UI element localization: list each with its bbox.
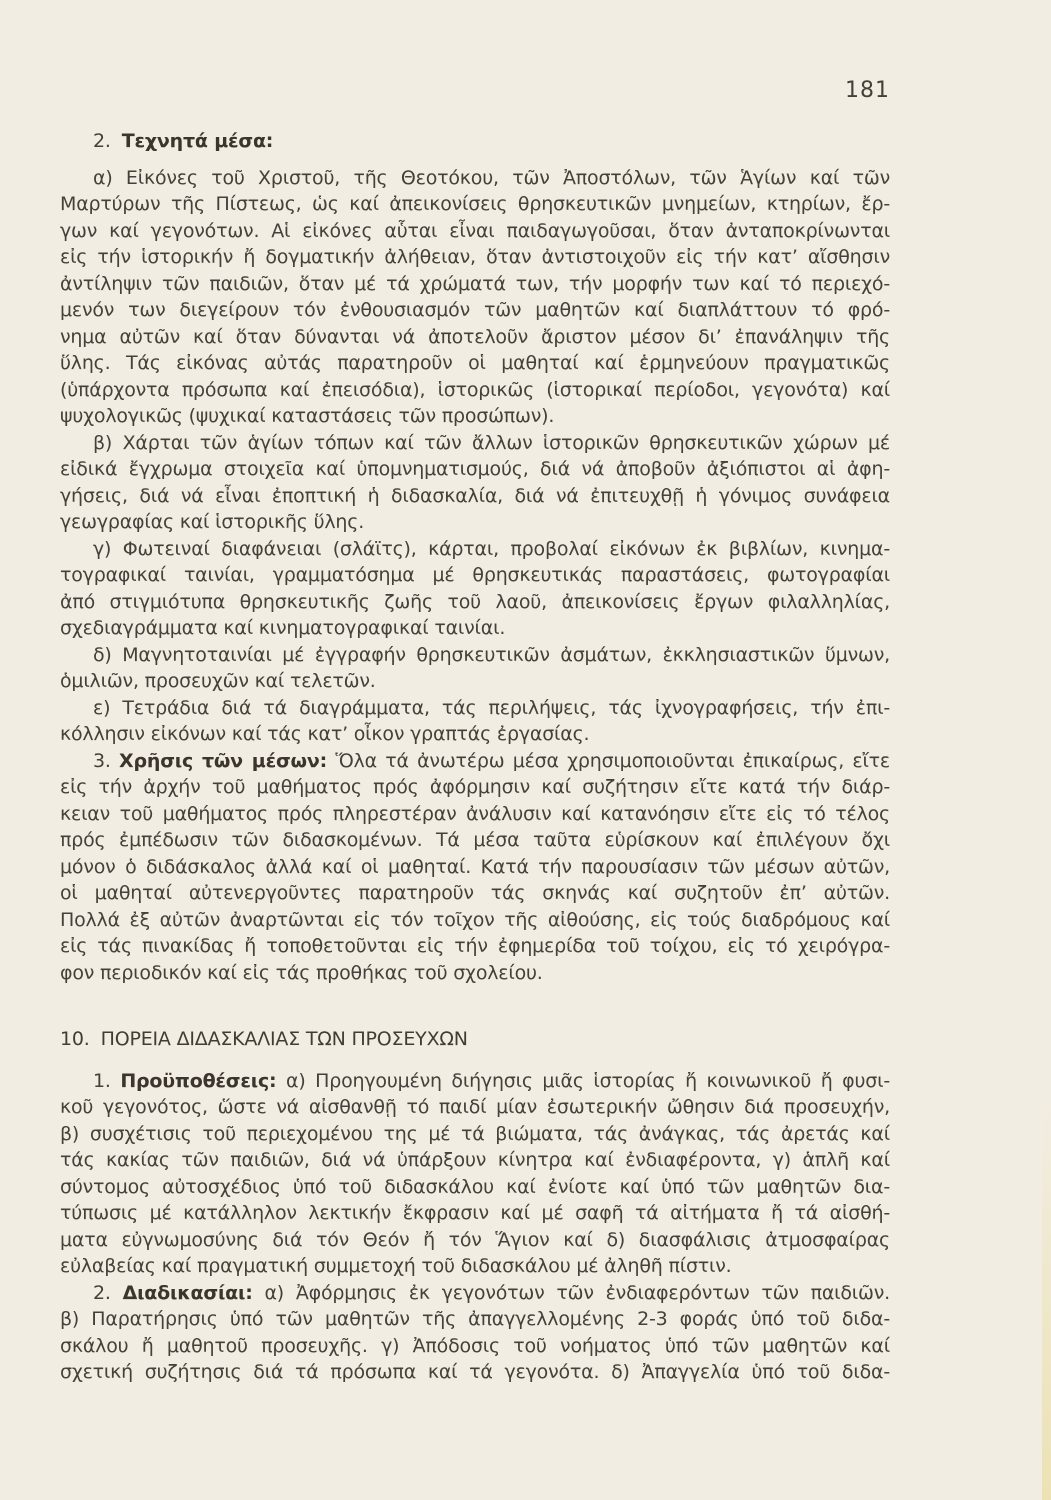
text-line: οἱ μαθηταί αὐτενεργοῦντες παρατηροῦν τάς… [60,880,890,907]
text-segment: β) συσχέτισις τοῦ περιεχομένου της μέ τά… [60,1123,890,1145]
bold-text-segment: Χρῆσις τῶν μέσων: [119,750,327,772]
text-line: εὐλαβείας καί πραγματική συμμετοχή τοῦ δ… [60,1253,890,1280]
text-segment: μόνον ὁ διδάσκαλος ἀλλά καί οἱ μαθηταί. … [60,856,890,878]
text-segment: ἀπό στιγμιότυπα θρησκευτικῆς ζωῆς τοῦ λα… [60,591,890,613]
text-line: φον περιοδικόν καί εἰς τάς προθήκας τοῦ … [60,960,890,987]
text-segment: σχεδιαγράμματα καί κινηματογραφικαί ταιν… [60,617,505,639]
paragraph: γ) Φωτειναί διαφάνειαι (σλάϊτς), κάρται,… [60,536,890,642]
text-segment: Ὅλα τά ἀνωτέρω μέσα χρησιμοποιοῦνται ἐπι… [327,750,890,772]
scan-edge-tint [1042,1100,1051,1500]
text-segment: εὐλαβείας καί πραγματική συμμετοχή τοῦ δ… [60,1255,732,1277]
text-segment: εἰς τήν ἀρχήν τοῦ μαθήματος πρός ἀφόρμησ… [60,776,890,798]
text-line: μενόν των διεγείρουν τόν ἐνθουσιασμόν τῶ… [60,297,890,324]
text-segment: 2. [93,130,111,152]
text-segment: γ) Φωτειναί διαφάνειαι (σλάϊτς), κάρται,… [93,538,890,560]
text-segment: νημα αὐτῶν καί ὅταν δύνανται νά ἀποτελοῦ… [60,326,890,348]
text-segment: τογραφικαί ταινίαι, γραμματόσημα μέ θρησ… [60,564,890,586]
text-segment: εἰδικά ἔγχρωμα στοιχεῖα καί ὑπομνηματισμ… [60,458,890,480]
text-line: εἰς τήν ἱστορικήν ἤ δογματικήν ἀλήθειαν,… [60,244,890,271]
paragraph: β) Χάρται τῶν ἁγίων τόπων καί τῶν ἄλλων … [60,430,890,536]
text-line: τάς κακίας τῶν παιδιῶν, διά νά ὑπάρξουν … [60,1147,890,1174]
text-segment: ἀντίληψιν τῶν παιδιῶν, ὅταν μέ τά χρώματ… [60,273,890,295]
text-segment: ψυχολογικῶς (ψυχικαί καταστάσεις τῶν προ… [60,405,554,427]
text-line: νημα αὐτῶν καί ὅταν δύνανται νά ἀποτελοῦ… [60,324,890,351]
paragraph: 2. Διαδικασίαι: α) Ἀφόρμησις ἐκ γεγονότω… [60,1280,890,1386]
text-segment: α) Προηγουμένη διήγησις μιᾶς ἱστορίας ἤ … [276,1070,890,1092]
text-line: ματα εὐγνωμοσύνης διά τόν Θεόν ἤ τόν Ἅγι… [60,1227,890,1254]
text-segment: οἱ μαθηταί αὐτενεργοῦντες παρατηροῦν τάς… [60,882,890,904]
text-segment: 1. [93,1070,120,1092]
text-segment: ε) Τετράδια διά τά διαγράμματα, τάς περι… [93,697,890,719]
text-line: ἀντίληψιν τῶν παιδιῶν, ὅταν μέ τά χρώματ… [60,271,890,298]
text-line: ἀπό στιγμιότυπα θρησκευτικῆς ζωῆς τοῦ λα… [60,589,890,616]
text-segment: ματα εὐγνωμοσύνης διά τόν Θεόν ἤ τόν Ἅγι… [60,1229,890,1251]
bold-text-segment: Διαδικασίαι: [123,1282,253,1304]
text-segment: Πολλά ἐξ αὐτῶν ἀναρτῶνται εἰς τόν τοῖχον… [60,909,890,931]
text-segment: τάς κακίας τῶν παιδιῶν, διά νά ὑπάρξουν … [60,1149,890,1171]
text-line: ὁμιλιῶν, προσευχῶν καί τελετῶν. [60,668,890,695]
text-line: γ) Φωτειναί διαφάνειαι (σλάϊτς), κάρται,… [60,536,890,563]
text-segment: (ὑπάρχοντα πρόσωπα καί ἐπεισόδια), ἱστορ… [60,379,890,401]
text-line: 2.Τεχνητά μέσα: [60,128,890,155]
text-line: γων καί γεγονότων. Αἱ εἰκόνες αὗται εἶνα… [60,218,890,245]
document-body: 2.Τεχνητά μέσα:α) Εἰκόνες τοῦ Χριστοῦ, τ… [60,128,890,1386]
text-line: κειαν τοῦ μαθήματος πρός πληρεστέραν ἀνά… [60,801,890,828]
text-segment: πρός ἐμπέδωσιν τῶν διδασκομένων. Τά μέσα… [60,829,890,851]
text-segment: τύπωσις μέ κατάλληλον λεκτικήν ἔκφρασιν … [60,1202,890,1224]
text-segment: δ) Μαγνητοταινίαι μέ ἐγγραφήν θρησκευτικ… [93,644,890,666]
text-segment: κειαν τοῦ μαθήματος πρός πληρεστέραν ἀνά… [60,803,890,825]
text-segment: σκάλου ἤ μαθητοῦ προσευχῆς. γ) Ἀπόδοσις … [60,1335,890,1357]
text-line: κοῦ γεγονότος, ὥστε νά αἰσθανθῇ τό παιδί… [60,1094,890,1121]
paragraph: ε) Τετράδια διά τά διαγράμματα, τάς περι… [60,695,890,748]
text-line: 10.ΠΟΡΕΙΑ ΔΙΔΑΣΚΑΛΙΑΣ ΤΩΝ ΠΡΟΣΕΥΧΩΝ [60,1026,890,1053]
text-line: εἰς τάς πινακίδας ἤ τοποθετοῦνται εἰς τή… [60,933,890,960]
text-segment: β) Χάρται τῶν ἁγίων τόπων καί τῶν ἄλλων … [93,432,890,454]
text-segment: φον περιοδικόν καί εἰς τάς προθήκας τοῦ … [60,962,543,984]
text-segment: α) Εἰκόνες τοῦ Χριστοῦ, τῆς Θεοτόκου, τῶ… [93,167,890,189]
text-segment: 10. [60,1028,90,1050]
text-segment: εἰς τήν ἱστορικήν ἤ δογματικήν ἀλήθειαν,… [60,246,890,268]
paragraph: α) Εἰκόνες τοῦ Χριστοῦ, τῆς Θεοτόκου, τῶ… [60,165,890,430]
text-line: β) Παρατήρησις ὑπό τῶν μαθητῶν τῆς ἀπαγγ… [60,1306,890,1333]
text-segment: Μαρτύρων τῆς Πίστεως, ὡς καί ἀπεικονίσει… [60,193,890,215]
text-line: σκάλου ἤ μαθητοῦ προσευχῆς. γ) Ἀπόδοσις … [60,1333,890,1360]
text-segment: 3. [93,750,119,772]
paragraph: δ) Μαγνητοταινίαι μέ ἐγγραφήν θρησκευτικ… [60,642,890,695]
text-line: σύντομος αὐτοσχέδιος ὑπό τοῦ διδασκάλου … [60,1174,890,1201]
scanned-page: { "page": { "background_color": "#f2ede2… [0,0,1051,1500]
paragraph: 1. Προϋποθέσεις: α) Προηγουμένη διήγησις… [60,1068,890,1280]
text-segment: α) Ἀφόρμησις ἐκ γεγονότων τῶν ἐνδιαφερόν… [253,1282,890,1304]
page-number: 181 [60,80,890,102]
text-line: 3. Χρῆσις τῶν μέσων: Ὅλα τά ἀνωτέρω μέσα… [60,748,890,775]
text-line: 2. Διαδικασίαι: α) Ἀφόρμησις ἐκ γεγονότω… [60,1280,890,1307]
text-line: β) συσχέτισις τοῦ περιεχομένου της μέ τά… [60,1121,890,1148]
text-line: ὕλης. Τάς εἰκόνας αὐτάς παρατηροῦν οἱ μα… [60,350,890,377]
text-line: σχετική συζήτησις διά τά πρόσωπα καί τά … [60,1359,890,1386]
text-segment: μενόν των διεγείρουν τόν ἐνθουσιασμόν τῶ… [60,299,890,321]
text-segment: εἰς τάς πινακίδας ἤ τοποθετοῦνται εἰς τή… [60,935,890,957]
text-segment: γήσεις, διά νά εἶναι ἐποπτική ἡ διδασκαλ… [60,485,890,507]
text-segment: κοῦ γεγονότος, ὥστε νά αἰσθανθῇ τό παιδί… [60,1096,890,1118]
text-line: κόλλησιν εἰκόνων καί τάς κατ’ οἶκον γραπ… [60,721,890,748]
bold-text-segment: Τεχνητά μέσα: [122,130,273,152]
text-segment: β) Παρατήρησις ὑπό τῶν μαθητῶν τῆς ἀπαγγ… [60,1308,890,1330]
text-line: γήσεις, διά νά εἶναι ἐποπτική ἡ διδασκαλ… [60,483,890,510]
text-line: μόνον ὁ διδάσκαλος ἀλλά καί οἱ μαθηταί. … [60,854,890,881]
text-line: Πολλά ἐξ αὐτῶν ἀναρτῶνται εἰς τόν τοῖχον… [60,907,890,934]
text-line: εἰδικά ἔγχρωμα στοιχεῖα καί ὑπομνηματισμ… [60,456,890,483]
section-heading: 10.ΠΟΡΕΙΑ ΔΙΔΑΣΚΑΛΙΑΣ ΤΩΝ ΠΡΟΣΕΥΧΩΝ [60,1026,890,1053]
text-line: σχεδιαγράμματα καί κινηματογραφικαί ταιν… [60,615,890,642]
text-line: δ) Μαγνητοταινίαι μέ ἐγγραφήν θρησκευτικ… [60,642,890,669]
text-line: ε) Τετράδια διά τά διαγράμματα, τάς περι… [60,695,890,722]
text-line: 1. Προϋποθέσεις: α) Προηγουμένη διήγησις… [60,1068,890,1095]
section-subheading: 2.Τεχνητά μέσα: [60,128,890,155]
text-line: τύπωσις μέ κατάλληλον λεκτικήν ἔκφρασιν … [60,1200,890,1227]
text-line: (ὑπάρχοντα πρόσωπα καί ἐπεισόδια), ἱστορ… [60,377,890,404]
bold-text-segment: Προϋποθέσεις: [120,1070,276,1092]
text-line: εἰς τήν ἀρχήν τοῦ μαθήματος πρός ἀφόρμησ… [60,774,890,801]
text-segment: ὕλης. Τάς εἰκόνας αὐτάς παρατηροῦν οἱ μα… [60,352,890,374]
page-content: 181 2.Τεχνητά μέσα:α) Εἰκόνες τοῦ Χριστο… [60,0,890,1386]
text-segment: γων καί γεγονότων. Αἱ εἰκόνες αὗται εἶνα… [60,220,890,242]
text-line: πρός ἐμπέδωσιν τῶν διδασκομένων. Τά μέσα… [60,827,890,854]
text-line: ψυχολογικῶς (ψυχικαί καταστάσεις τῶν προ… [60,403,890,430]
text-line: γεωγραφίας καί ἱστορικῆς ὕλης. [60,509,890,536]
text-line: τογραφικαί ταινίαι, γραμματόσημα μέ θρησ… [60,562,890,589]
text-segment: ὁμιλιῶν, προσευχῶν καί τελετῶν. [60,670,376,692]
text-segment: κόλλησιν εἰκόνων καί τάς κατ’ οἶκον γραπ… [60,723,589,745]
text-line: α) Εἰκόνες τοῦ Χριστοῦ, τῆς Θεοτόκου, τῶ… [60,165,890,192]
paragraph: 3. Χρῆσις τῶν μέσων: Ὅλα τά ἀνωτέρω μέσα… [60,748,890,987]
text-line: Μαρτύρων τῆς Πίστεως, ὡς καί ἀπεικονίσει… [60,191,890,218]
text-line: β) Χάρται τῶν ἁγίων τόπων καί τῶν ἄλλων … [60,430,890,457]
text-segment: ΠΟΡΕΙΑ ΔΙΔΑΣΚΑΛΙΑΣ ΤΩΝ ΠΡΟΣΕΥΧΩΝ [101,1028,468,1050]
text-segment: σχετική συζήτησις διά τά πρόσωπα καί τά … [60,1361,890,1383]
text-segment: σύντομος αὐτοσχέδιος ὑπό τοῦ διδασκάλου … [60,1176,890,1198]
text-segment: γεωγραφίας καί ἱστορικῆς ὕλης. [60,511,364,533]
text-segment: 2. [93,1282,123,1304]
